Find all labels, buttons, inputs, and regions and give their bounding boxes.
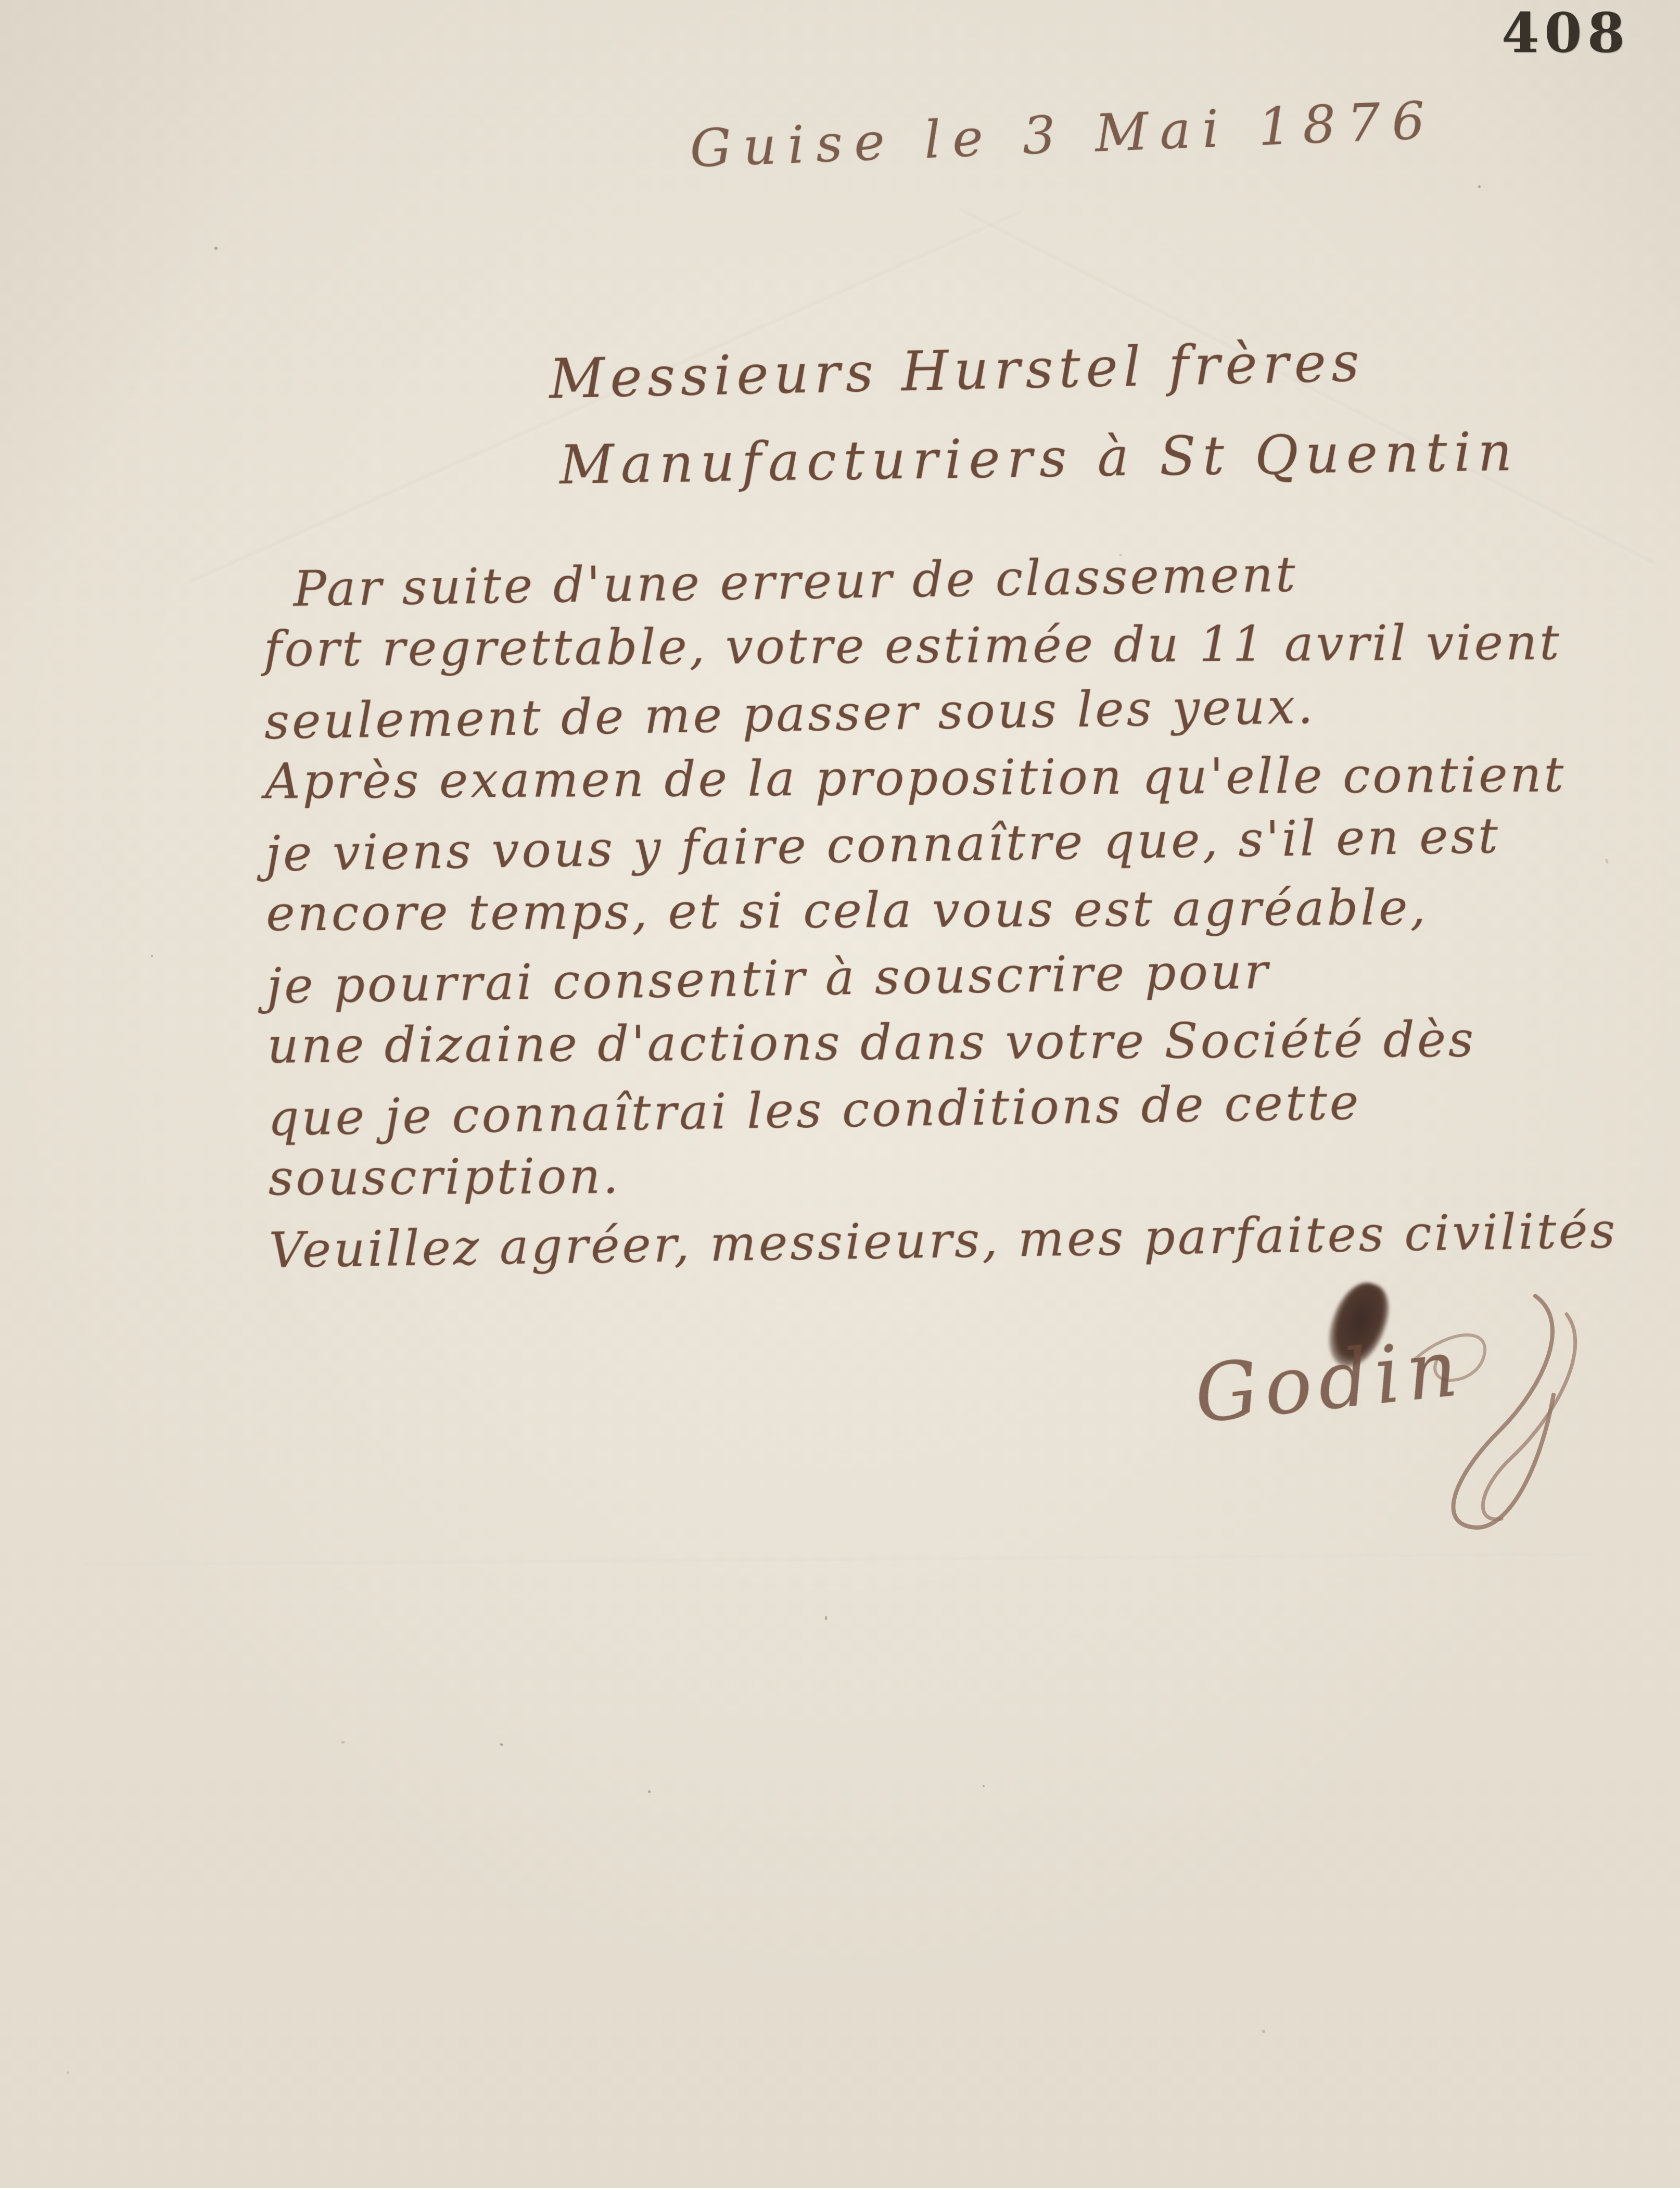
paper-speck — [499, 1743, 503, 1747]
paper-speck — [983, 1785, 985, 1787]
signature-flourish — [1374, 1265, 1634, 1556]
letter-body: Par suite d'une erreur de classement for… — [263, 541, 1618, 1280]
paper-speck — [825, 1616, 827, 1620]
letter-page: 408 Guise le 3 Mai 1876 Messieurs Hurste… — [0, 0, 1680, 2188]
paper-speck — [1119, 554, 1122, 556]
page-number-stamp: 408 — [1501, 1, 1630, 65]
paper-speck — [341, 1741, 345, 1744]
paper-speck — [648, 1790, 651, 1793]
dateline: Guise le 3 Mai 1876 — [689, 90, 1437, 179]
paper-speck — [1262, 2030, 1265, 2033]
paper-speck — [67, 2071, 69, 2074]
paper-speck — [1478, 185, 1481, 188]
recipient-line-2: Manufacturiers à St Quentin — [559, 421, 1519, 497]
paper-speck — [151, 955, 153, 957]
paper-speck — [214, 247, 218, 250]
recipient-line-1: Messieurs Hurstel frères — [549, 327, 1520, 411]
fold-crease — [83, 1554, 1593, 1566]
recipient-block: Messieurs Hurstel frères Manufacturiers … — [549, 337, 1519, 490]
